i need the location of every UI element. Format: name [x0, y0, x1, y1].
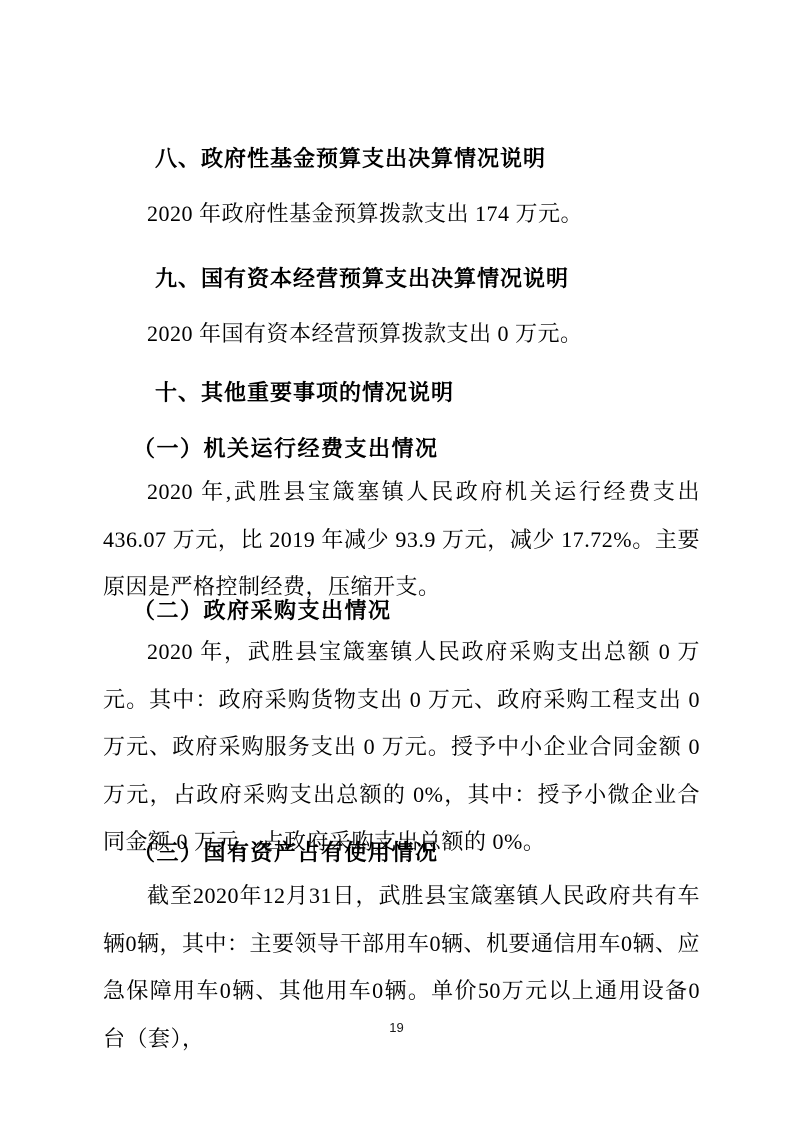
page-number: 19 — [0, 1020, 793, 1035]
section-10-heading: 十、其他重要事项的情况说明 — [155, 380, 454, 406]
section-9-paragraph: 2020 年国有资本经营预算拨款支出 0 万元。 — [103, 310, 700, 358]
subsection-2-paragraph: 2020 年，武胜县宝箴塞镇人民政府采购支出总额 0 万元。其中：政府采购货物支… — [103, 628, 700, 866]
section-8-heading: 八、政府性基金预算支出决算情况说明 — [155, 146, 546, 172]
subsection-2-heading: （二）政府采购支出情况 — [133, 598, 392, 624]
subsection-3-heading: （三）国有资产占有使用情况 — [133, 840, 439, 866]
section-9-heading: 九、国有资本经营预算支出决算情况说明 — [155, 266, 569, 292]
subsection-1-heading: （一）机关运行经费支出情况 — [133, 436, 439, 462]
document-page: 八、政府性基金预算支出决算情况说明 2020 年政府性基金预算拨款支出 174 … — [0, 0, 793, 1122]
subsection-1-paragraph: 2020 年,武胜县宝箴塞镇人民政府机关运行经费支出 436.07 万元，比 2… — [103, 468, 700, 611]
section-8-paragraph: 2020 年政府性基金预算拨款支出 174 万元。 — [103, 190, 700, 238]
